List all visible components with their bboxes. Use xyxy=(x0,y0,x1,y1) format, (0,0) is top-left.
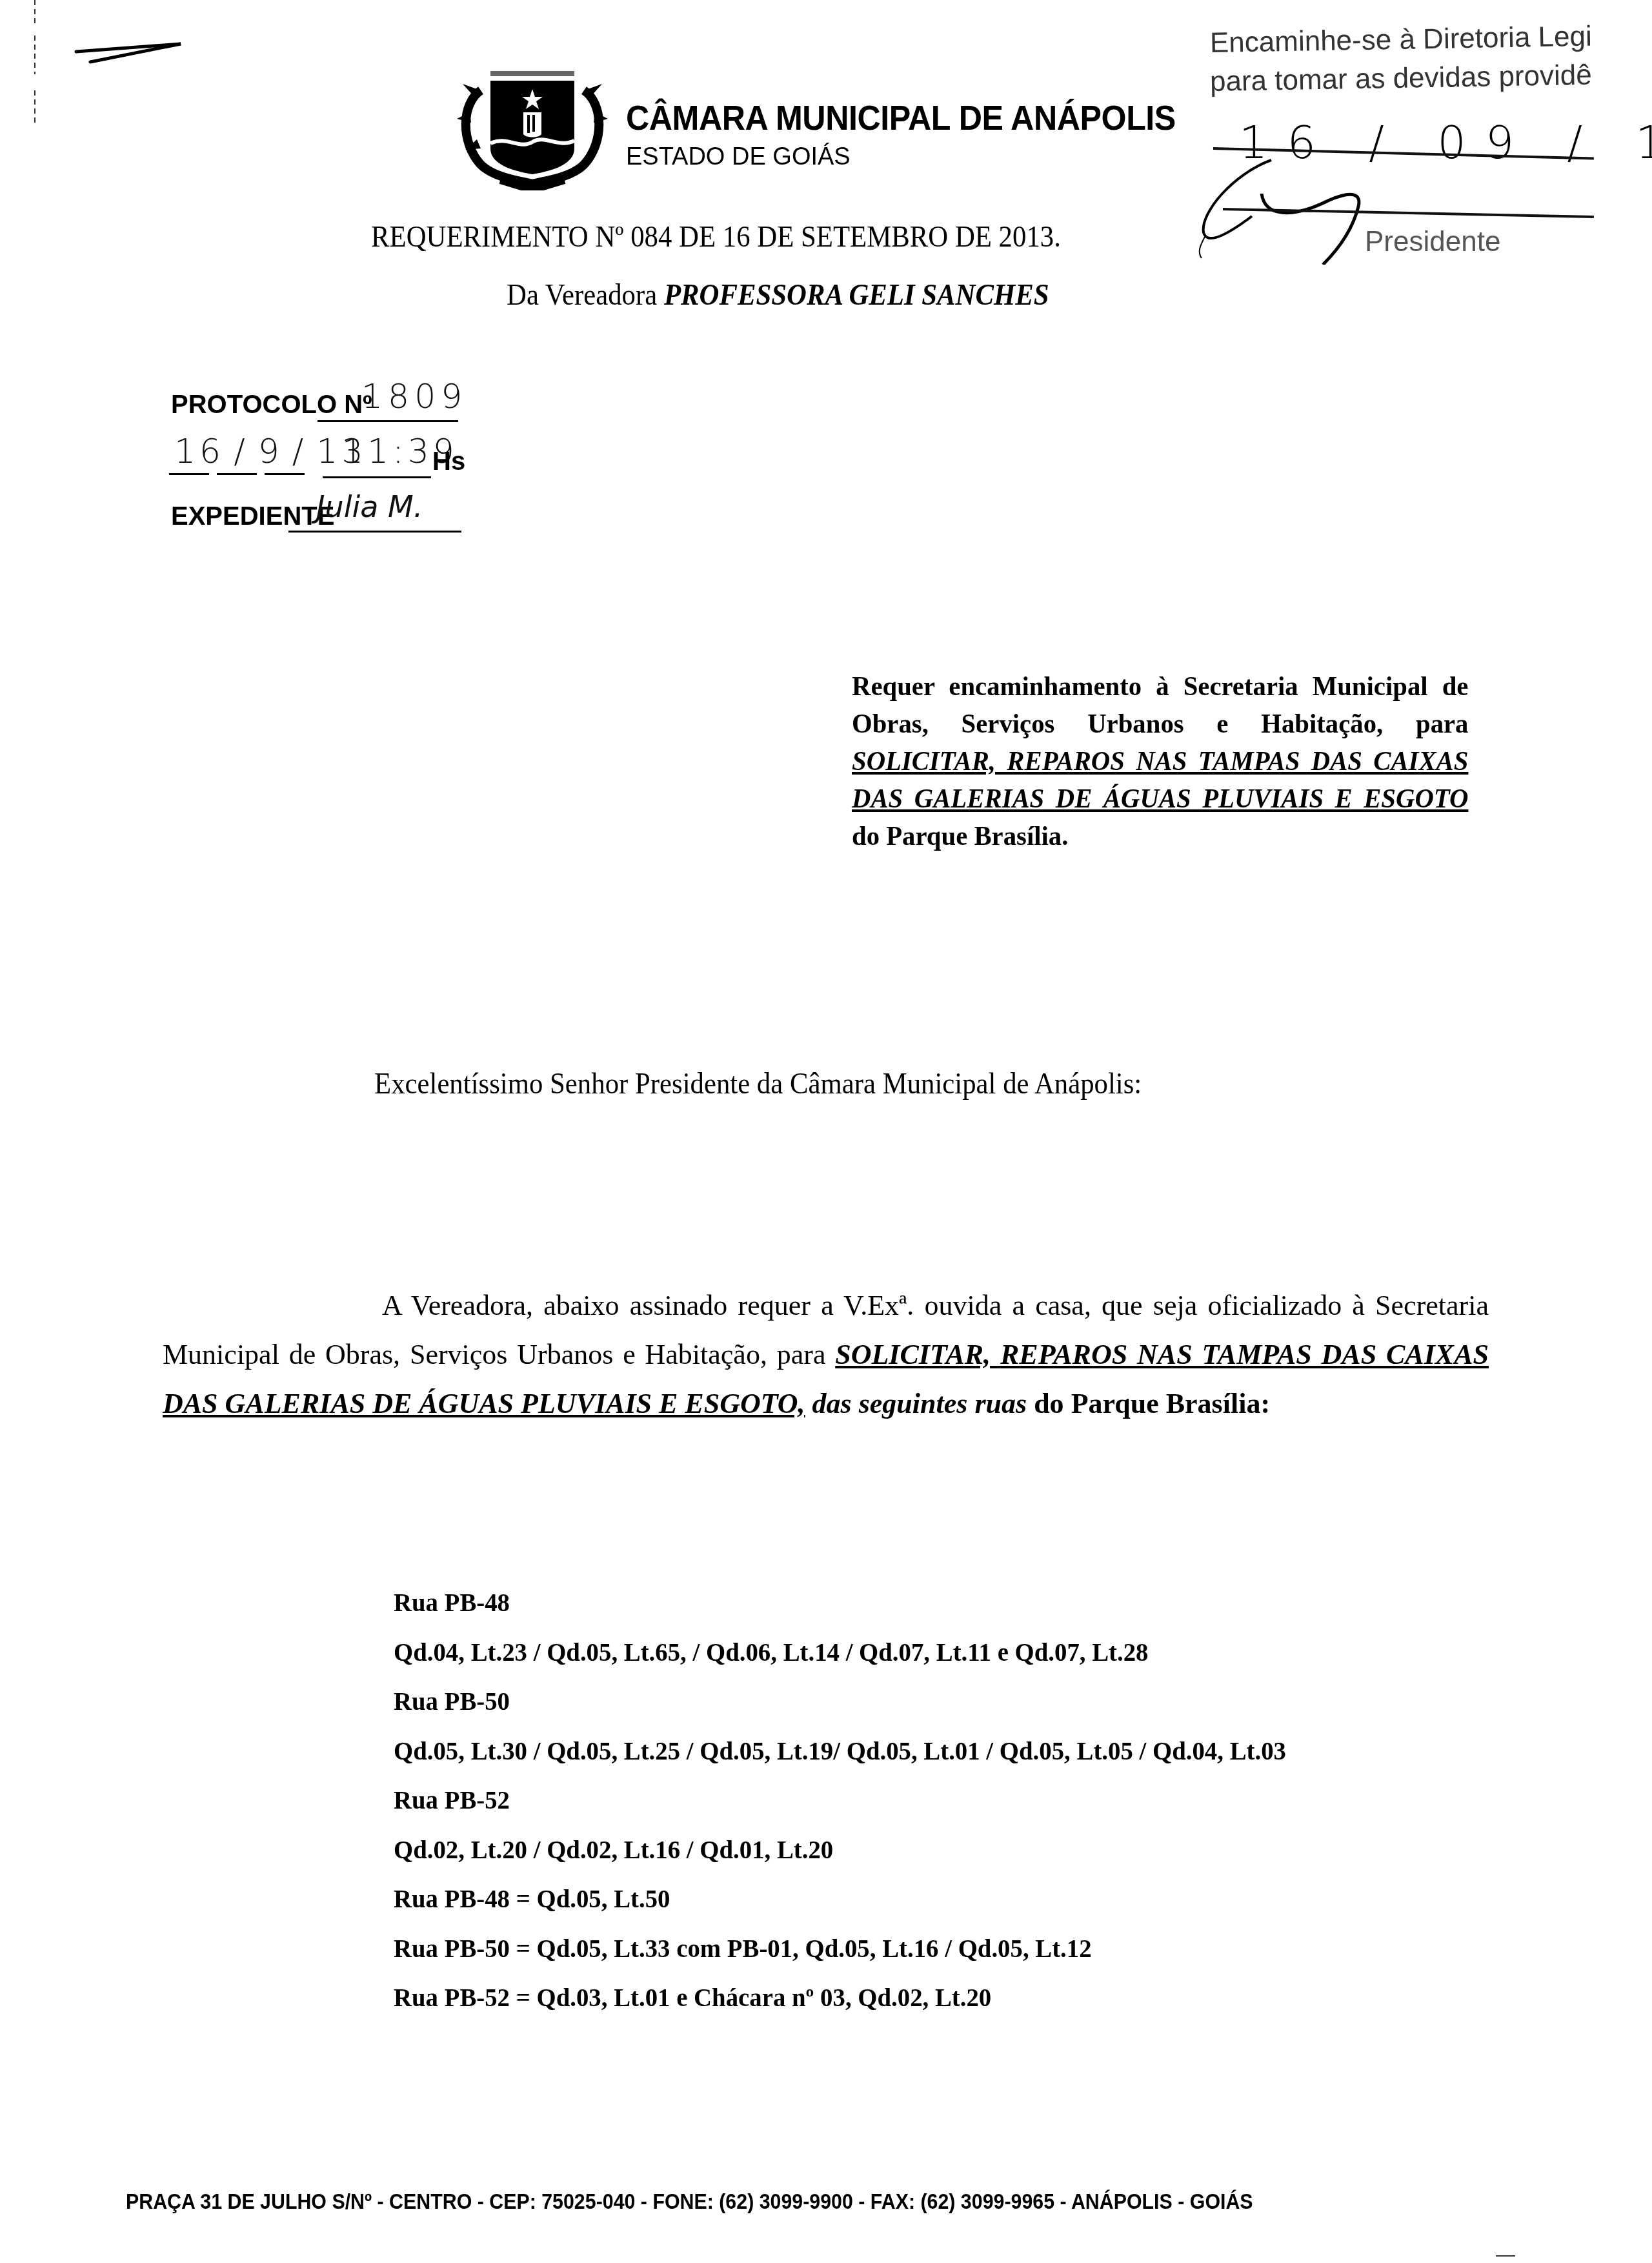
street-list-item: Qd.02, Lt.20 / Qd.02, Lt.16 / Qd.01, Lt.… xyxy=(394,1825,1286,1875)
body-closing: Parque Brasília: xyxy=(1064,1388,1270,1419)
request-title: REQUERIMENTO Nº 084 DE 16 DE SETEMBRO DE… xyxy=(371,219,1061,254)
street-list: Rua PB-48 Qd.04, Lt.23 / Qd.05, Lt.65, /… xyxy=(394,1578,1314,2023)
street-list-item: Rua PB-50 = Qd.05, Lt.33 com PB-01, Qd.0… xyxy=(394,1924,1286,1974)
protocol-time-suffix: Hs xyxy=(432,447,465,476)
street-list-item: Rua PB-48 xyxy=(394,1578,1286,1628)
stamp-date-month: 09 xyxy=(1437,116,1533,169)
protocol-number-value: 1809 xyxy=(361,378,467,416)
expediente-rule xyxy=(288,531,461,533)
stamp-date-year: 13 xyxy=(1635,116,1652,169)
protocol-date-value: 16/9/13 xyxy=(174,432,367,471)
author-prefix: Da Vereadora xyxy=(507,278,664,311)
protocol-date-rule xyxy=(169,473,209,475)
municipal-coat-of-arms-icon xyxy=(455,52,610,190)
street-list-item: Rua PB-50 xyxy=(394,1677,1286,1727)
summary-tail: do Parque Brasília. xyxy=(852,822,1068,851)
scan-edge-mark xyxy=(34,0,35,26)
organization-name: CÂMARA MUNICIPAL DE ANÁPOLIS xyxy=(626,98,1176,138)
stamp-text-line-1: Encaminhe-se à Diretoria Legi xyxy=(1210,21,1593,59)
scan-edge-mark xyxy=(34,36,35,74)
scan-edge-mark xyxy=(34,90,35,123)
street-list-item: Rua PB-52 xyxy=(394,1776,1286,1825)
summary-emphasis: SOLICITAR, REPAROS NAS TAMPAS DAS CAIXAS… xyxy=(852,747,1468,814)
request-summary: Requer encaminhamento à Secretaria Munic… xyxy=(852,668,1468,855)
organization-state: ESTADO DE GOIÁS xyxy=(626,143,851,171)
expediente-value: Julia M. xyxy=(316,489,423,524)
protocol-time-rule xyxy=(323,476,431,478)
author-name: PROFESSORA GELI SANCHES xyxy=(664,278,1049,311)
protocol-number-label: PROTOCOLO Nº xyxy=(171,391,372,420)
scan-artifact-mark xyxy=(1496,2255,1515,2257)
footer-address: PRAÇA 31 DE JULHO S/Nº - CENTRO - CEP: 7… xyxy=(126,2189,1253,2214)
summary-lead: Requer encaminhamento à Secretaria Munic… xyxy=(852,672,1468,739)
stamp-signatory-title: Presidente xyxy=(1365,226,1500,258)
street-list-item: Rua PB-48 = Qd.05, Lt.50 xyxy=(394,1874,1286,1924)
expediente-label: EXPEDIENTE xyxy=(171,502,334,531)
protocol-date-day: 16 xyxy=(174,432,225,471)
body-tail-plain: do xyxy=(1034,1388,1063,1419)
street-list-item: Qd.05, Lt.30 / Qd.05, Lt.25 / Qd.05, Lt.… xyxy=(394,1727,1286,1776)
protocol-date-rule xyxy=(265,473,305,475)
request-body: A Vereadora, abaixo assinado requer a V.… xyxy=(163,1281,1489,1428)
salutation: Excelentíssimo Senhor Presidente da Câma… xyxy=(374,1066,1142,1101)
body-italic-tail: das seguintes ruas xyxy=(805,1388,1034,1419)
street-list-item: Qd.04, Lt.23 / Qd.05, Lt.65, / Qd.06, Lt… xyxy=(394,1628,1286,1678)
street-list-item: Rua PB-52 = Qd.03, Lt.01 e Chácara nº 03… xyxy=(394,1973,1286,2023)
protocol-number-rule xyxy=(317,420,458,422)
request-author: Da Vereadora PROFESSORA GELI SANCHES xyxy=(507,278,1049,312)
pen-stroke-mark xyxy=(71,39,194,71)
stamp-text-line-2: para tomar as devidas providê xyxy=(1210,59,1593,98)
protocol-date-month: 9 xyxy=(258,432,283,471)
protocol-date-rule xyxy=(217,473,257,475)
